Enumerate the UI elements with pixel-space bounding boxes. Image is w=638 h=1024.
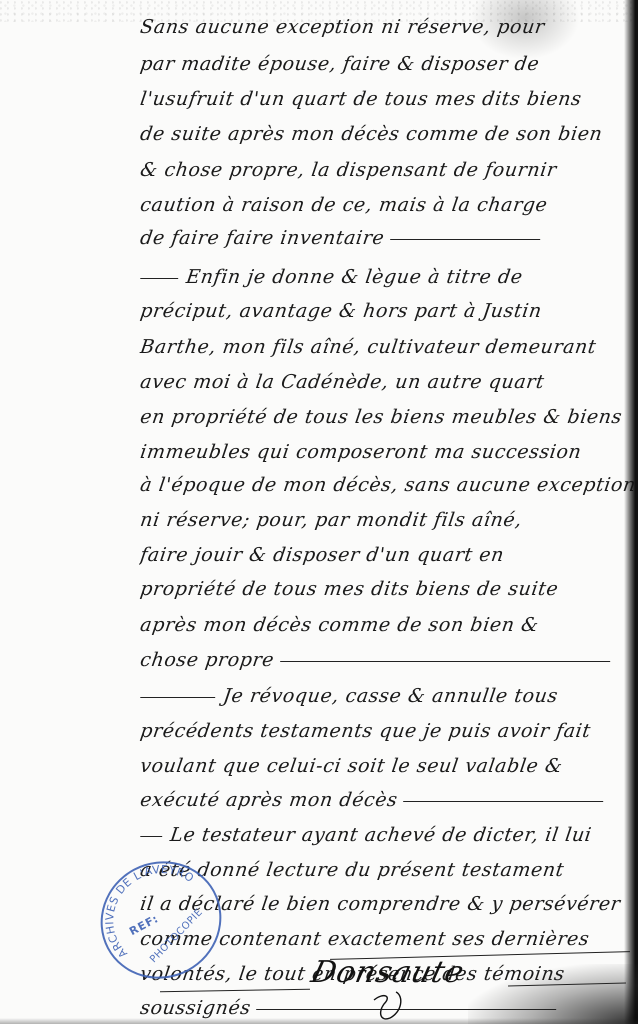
line-text: de faire faire inventaire — [139, 227, 386, 249]
line-text: l'usufruit d'un quart de tous mes dits b… — [139, 88, 583, 110]
line-text: & chose propre, la dispensant de fournir — [139, 159, 558, 181]
line-text: après mon décès comme de son bien & — [139, 614, 540, 636]
line-text: précédents testaments que je puis avoir … — [139, 720, 592, 742]
document-page: Sans aucune exception ni réserve, pourpa… — [0, 0, 638, 1024]
handwritten-line: exécuté après mon décès — [138, 783, 638, 817]
line-text: Je révoque, casse & annulle tous — [222, 685, 560, 707]
handwritten-line: par madite épouse, faire & disposer de — [138, 47, 638, 81]
line-text: Le testateur ayant achevé de dicter, il … — [169, 824, 593, 846]
scan-edge-right — [624, 0, 638, 1024]
handwritten-line: avec moi à la Cadénède, un autre quart — [138, 365, 638, 399]
line-text: en propriété de tous les biens meubles &… — [139, 406, 624, 428]
line-text: caution à raison de ce, mais à la charge — [139, 194, 549, 216]
leading-dash-rule — [140, 836, 162, 837]
line-text: à l'époque de mon décès, sans aucune exc… — [139, 474, 638, 496]
handwritten-line: en propriété de tous les biens meubles &… — [138, 400, 638, 434]
handwritten-line: de faire faire inventaire — [138, 221, 638, 255]
signature: Donsaute — [308, 955, 469, 990]
handwritten-line: à l'époque de mon décès, sans aucune exc… — [138, 468, 638, 502]
line-text: de suite après mon décès comme de son bi… — [139, 123, 604, 145]
line-text: ni réserve; pour, par mondit fils aîné, — [139, 509, 524, 531]
scan-edge-bottom — [0, 1018, 638, 1024]
handwritten-line: Sans aucune exception ni réserve, pour — [138, 10, 638, 44]
line-text: soussignés — [139, 997, 252, 1019]
line-text: avec moi à la Cadénède, un autre quart — [139, 371, 546, 393]
line-text: Sans aucune exception ni réserve, pour — [139, 16, 546, 38]
line-text: par madite épouse, faire & disposer de — [139, 53, 541, 75]
handwritten-line: Le testateur ayant achevé de dicter, il … — [138, 818, 638, 852]
trailing-dash-rule — [403, 801, 603, 802]
handwritten-line: ni réserve; pour, par mondit fils aîné, — [138, 503, 638, 537]
trailing-dash-rule — [390, 239, 540, 240]
line-text: Enfin je donne & lègue à titre de — [185, 266, 524, 288]
trailing-dash-rule — [280, 661, 610, 662]
handwritten-line: propriété de tous mes dits biens de suit… — [138, 572, 638, 606]
line-text: préciput, avantage & hors part à Justin — [139, 300, 544, 322]
line-text: voulant que celui-ci soit le seul valabl… — [139, 755, 564, 777]
handwritten-line: & chose propre, la dispensant de fournir — [138, 153, 638, 187]
handwritten-line: Je révoque, casse & annulle tous — [138, 679, 638, 713]
handwritten-line: faire jouir & disposer d'un quart en — [138, 538, 638, 572]
handwritten-line: l'usufruit d'un quart de tous mes dits b… — [138, 82, 638, 116]
line-text: faire jouir & disposer d'un quart en — [139, 544, 506, 566]
line-text: propriété de tous mes dits biens de suit… — [139, 578, 560, 600]
line-text: Barthe, mon fils aîné, cultivateur demeu… — [139, 336, 598, 358]
scan-edge-corner — [468, 964, 638, 1024]
handwritten-line: de suite après mon décès comme de son bi… — [138, 117, 638, 151]
handwritten-line: Barthe, mon fils aîné, cultivateur demeu… — [138, 330, 638, 364]
handwritten-line: voulant que celui-ci soit le seul valabl… — [138, 749, 638, 783]
leading-dash-rule — [140, 278, 178, 279]
line-text: immeubles qui composeront ma succession — [139, 441, 583, 463]
handwritten-line: Enfin je donne & lègue à titre de — [138, 260, 638, 294]
line-text: chose propre — [139, 649, 276, 671]
handwritten-line: immeubles qui composeront ma succession — [138, 435, 638, 469]
handwritten-line: caution à raison de ce, mais à la charge — [138, 188, 638, 222]
leading-dash-rule — [140, 697, 215, 698]
handwritten-line: précédents testaments que je puis avoir … — [138, 714, 638, 748]
line-text: exécuté après mon décès — [139, 789, 399, 811]
handwritten-line: après mon décès comme de son bien & — [138, 608, 638, 642]
handwritten-line: a été donné lecture du présent testament — [138, 853, 638, 887]
handwritten-line: chose propre — [138, 643, 638, 677]
handwritten-line: préciput, avantage & hors part à Justin — [138, 294, 638, 328]
